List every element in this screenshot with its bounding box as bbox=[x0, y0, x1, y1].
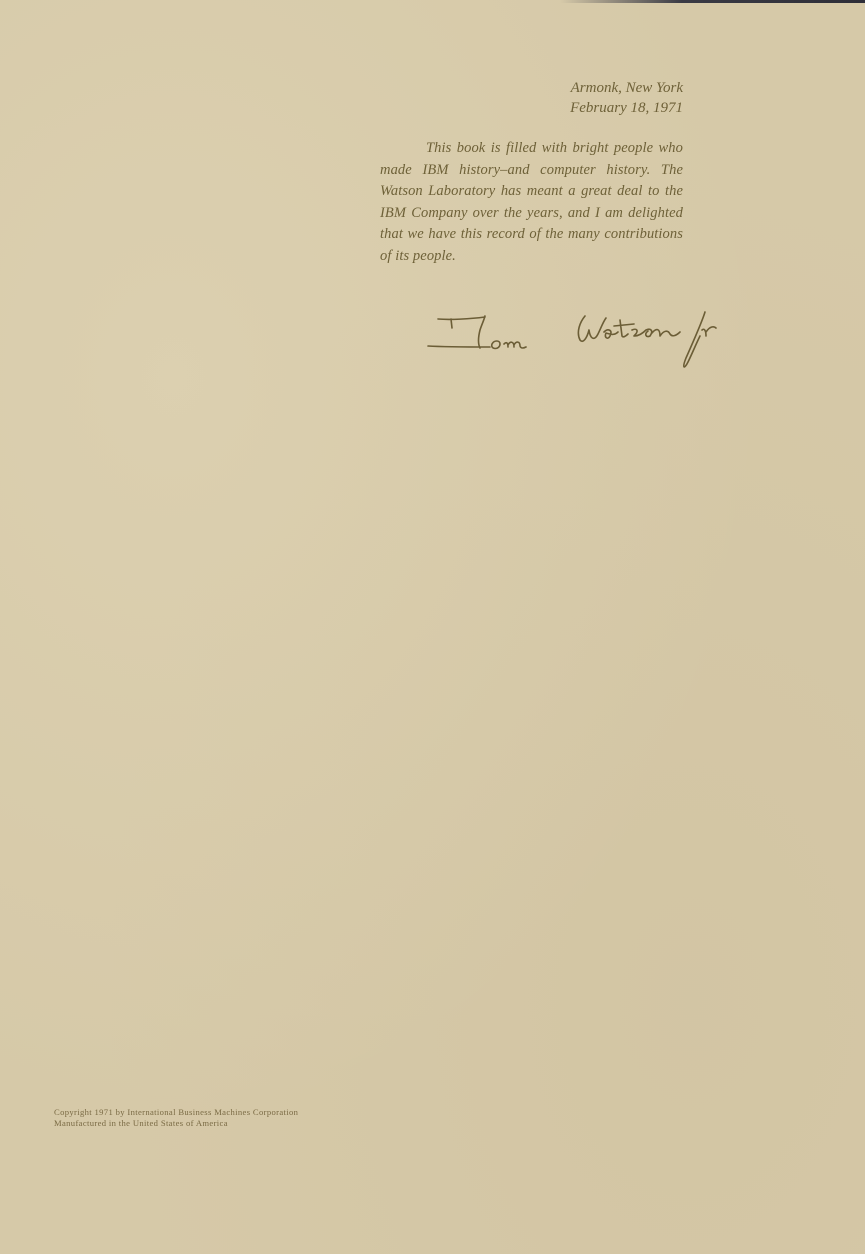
manufacture-notice: Manufactured in the United States of Ame… bbox=[54, 1118, 298, 1129]
letter-body: This book is filled with bright people w… bbox=[380, 138, 683, 267]
copyright-notice: Copyright 1971 by International Business… bbox=[54, 1107, 298, 1118]
signature-icon bbox=[420, 300, 720, 375]
colophon: Copyright 1971 by International Business… bbox=[54, 1107, 298, 1129]
signature bbox=[420, 300, 720, 375]
letter-place: Armonk, New York bbox=[380, 78, 683, 98]
foreword-letter: Armonk, New York February 18, 1971 This … bbox=[380, 78, 683, 282]
letter-date: February 18, 1971 bbox=[380, 98, 683, 118]
page-top-edge bbox=[560, 0, 865, 3]
